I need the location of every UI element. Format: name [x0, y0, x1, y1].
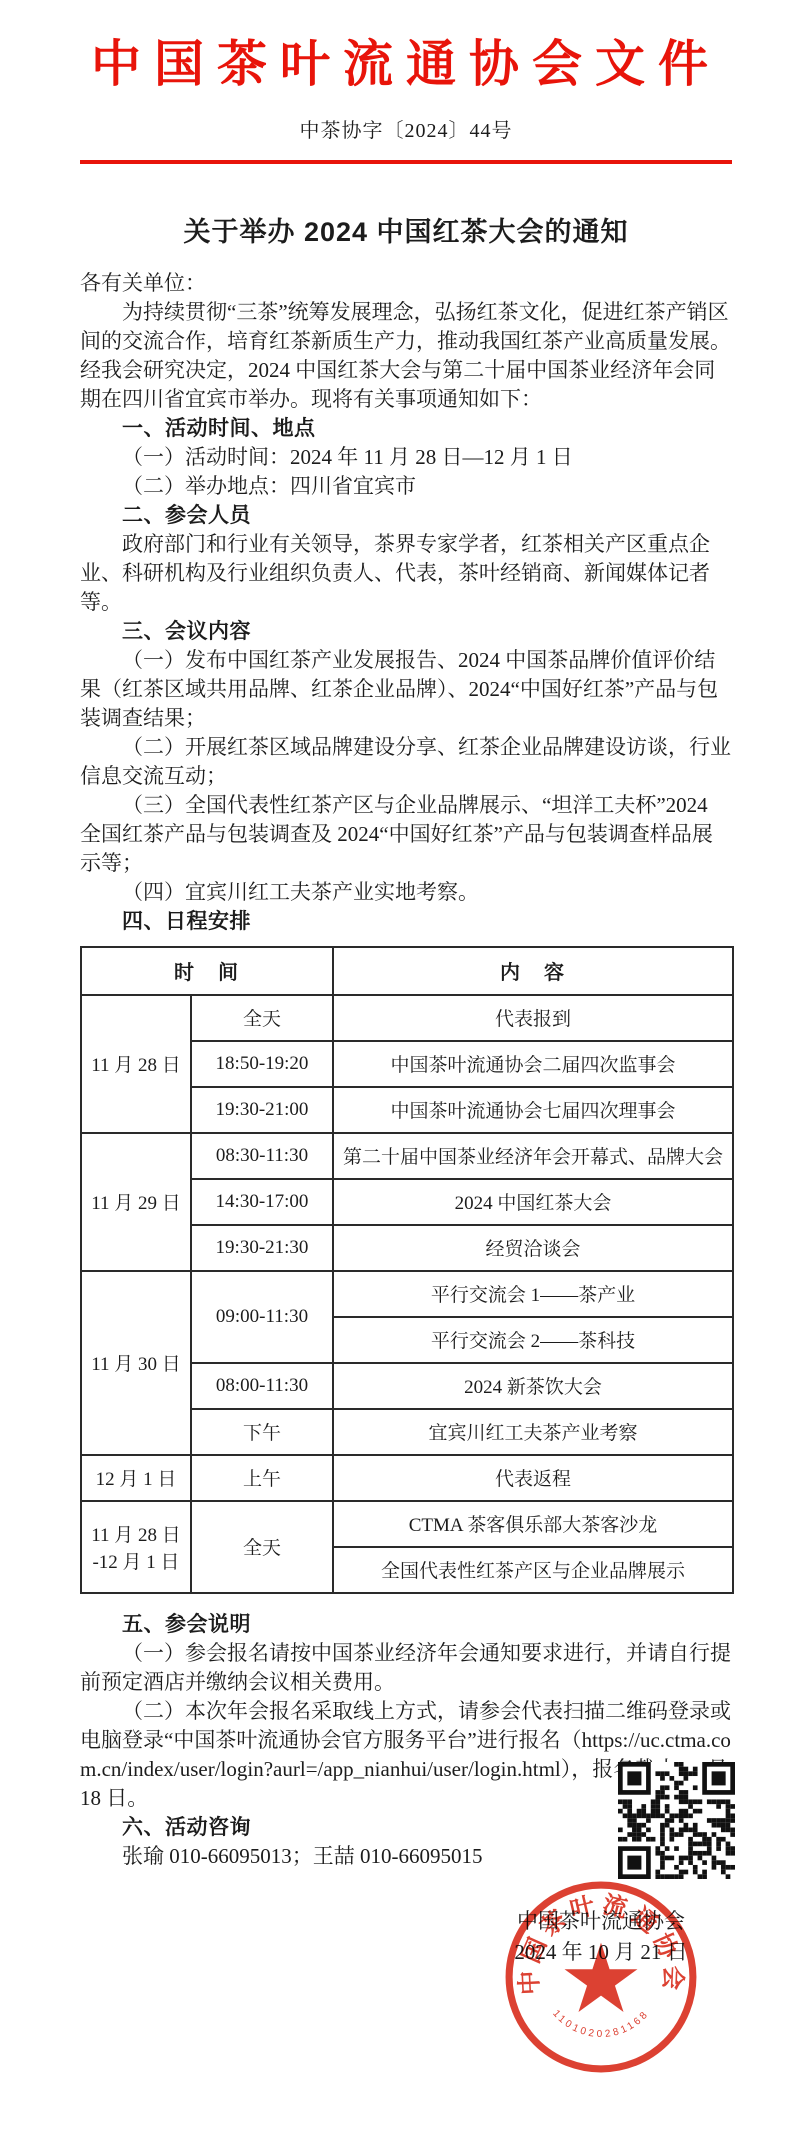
schedule-cell: 上午 — [191, 1455, 333, 1501]
schedule-cell: 11 月 28 日 -12 月 1 日 — [81, 1501, 191, 1593]
schedule-cell: 11 月 29 日 — [81, 1133, 191, 1271]
svg-text:1101020281168: 1101020281168 — [550, 2008, 652, 2040]
schedule-cell: 18:50-19:20 — [191, 1041, 333, 1087]
schedule-cell: 08:30-11:30 — [191, 1133, 333, 1179]
schedule-cell: 宜宾川红工夫茶产业考察 — [333, 1409, 733, 1455]
schedule-cell: 11 月 28 日 — [81, 995, 191, 1133]
section-heading: 四、日程安排 — [80, 907, 732, 936]
schedule-row: 11 月 28 日 -12 月 1 日全天CTMA 茶客俱乐部大茶客沙龙 — [81, 1501, 733, 1547]
section-heading: 一、活动时间、地点 — [80, 414, 732, 443]
red-divider — [80, 160, 732, 164]
schedule-cell: 2024 中国红茶大会 — [333, 1179, 733, 1225]
signature-org: 中国茶叶流通协会 — [468, 1906, 734, 1937]
section-heading: 五、参会说明 — [80, 1610, 732, 1639]
schedule-header-row: 时 间 内 容 — [81, 947, 733, 995]
signature-date: 2024 年 10 月 21 日 — [468, 1937, 734, 1968]
paragraph: 为持续贯彻“三茶”统筹发展理念，弘扬红茶文化，促进红茶产销区间的交流合作，培育红… — [80, 298, 732, 414]
schedule-cell: 中国茶叶流通协会二届四次监事会 — [333, 1041, 733, 1087]
schedule-cell: 全天 — [191, 1501, 333, 1593]
schedule-row: 11 月 28 日全天代表报到 — [81, 995, 733, 1041]
schedule-row: 11 月 29 日08:30-11:30第二十届中国茶业经济年会开幕式、品牌大会 — [81, 1133, 733, 1179]
schedule-row: 11 月 30 日09:00-11:30平行交流会 1——茶产业 — [81, 1271, 733, 1317]
paragraph: （一）发布中国红茶产业发展报告、2024 中国茶品牌价值评价结果（红茶区域共用品… — [80, 646, 732, 733]
schedule-table: 时 间 内 容 11 月 28 日全天代表报到18:50-19:20中国茶叶流通… — [80, 946, 734, 1594]
paragraph: （二）开展红茶区域品牌建设分享、红茶企业品牌建设访谈，行业信息交流互动； — [80, 733, 732, 791]
schedule-cell: 代表报到 — [333, 995, 733, 1041]
paragraph: （四）宜宾川红工夫茶产业实地考察。 — [80, 878, 732, 907]
schedule-body: 11 月 28 日全天代表报到18:50-19:20中国茶叶流通协会二届四次监事… — [81, 995, 733, 1593]
paragraph: （一）活动时间：2024 年 11 月 28 日—12 月 1 日 — [80, 443, 732, 472]
schedule-cell: 19:30-21:00 — [191, 1087, 333, 1133]
schedule-cell: 11 月 30 日 — [81, 1271, 191, 1455]
org-file-header: 中国茶叶流通协会文件 — [80, 36, 732, 94]
schedule-cell: 第二十届中国茶业经济年会开幕式、品牌大会 — [333, 1133, 733, 1179]
paragraph: 各有关单位： — [80, 269, 732, 298]
schedule-cell: 2024 新茶饮大会 — [333, 1363, 733, 1409]
schedule-header-content: 内 容 — [333, 947, 733, 995]
section-heading: 三、会议内容 — [80, 617, 732, 646]
schedule-cell: 全天 — [191, 995, 333, 1041]
schedule-cell: 下午 — [191, 1409, 333, 1455]
schedule-cell: 12 月 1 日 — [81, 1455, 191, 1501]
schedule-cell: 代表返程 — [333, 1455, 733, 1501]
schedule-cell: 19:30-21:30 — [191, 1225, 333, 1271]
schedule-cell: 平行交流会 1——茶产业 — [333, 1271, 733, 1317]
schedule-cell: 08:00-11:30 — [191, 1363, 333, 1409]
doc-number: 中茶协字〔2024〕44号 — [80, 114, 732, 143]
schedule-cell: 全国代表性红茶产区与企业品牌展示 — [333, 1547, 733, 1593]
schedule-cell: 09:00-11:30 — [191, 1271, 333, 1363]
doc-title: 关于举办 2024 中国红茶大会的通知 — [80, 210, 732, 249]
paragraph: 政府部门和行业有关领导，茶界专家学者，红茶相关产区重点企业、科研机构及行业组织负… — [80, 530, 732, 617]
schedule-cell: CTMA 茶客俱乐部大茶客沙龙 — [333, 1501, 733, 1547]
schedule-cell: 14:30-17:00 — [191, 1179, 333, 1225]
seal-code: 1101020281168 — [550, 2008, 652, 2040]
schedule-cell: 平行交流会 2——茶科技 — [333, 1317, 733, 1363]
document-page: 中国茶叶流通协会文件 中茶协字〔2024〕44号 关于举办 2024 中国红茶大… — [0, 0, 812, 1871]
paragraph: （二）举办地点：四川省宜宾市 — [80, 472, 732, 501]
paragraph: （一）参会报名请按中国茶业经济年会通知要求进行，并请自行提前预定酒店并缴纳会议相… — [80, 1639, 732, 1697]
signature-block: 中国茶叶流通协会 2024 年 10 月 21 日 — [468, 1906, 734, 1968]
schedule-cell: 经贸洽谈会 — [333, 1225, 733, 1271]
paragraph: （三）全国代表性红茶产区与企业品牌展示、“坦洋工夫杯”2024 全国红茶产品与包… — [80, 791, 732, 878]
schedule-cell: 中国茶叶流通协会七届四次理事会 — [333, 1087, 733, 1133]
section-heading: 二、参会人员 — [80, 501, 732, 530]
schedule-header-time: 时 间 — [81, 947, 333, 995]
qr-code — [618, 1762, 735, 1879]
body-section-1: 各有关单位：为持续贯彻“三茶”统筹发展理念，弘扬红茶文化，促进红茶产销区间的交流… — [80, 269, 732, 936]
schedule-row: 12 月 1 日上午代表返程 — [81, 1455, 733, 1501]
